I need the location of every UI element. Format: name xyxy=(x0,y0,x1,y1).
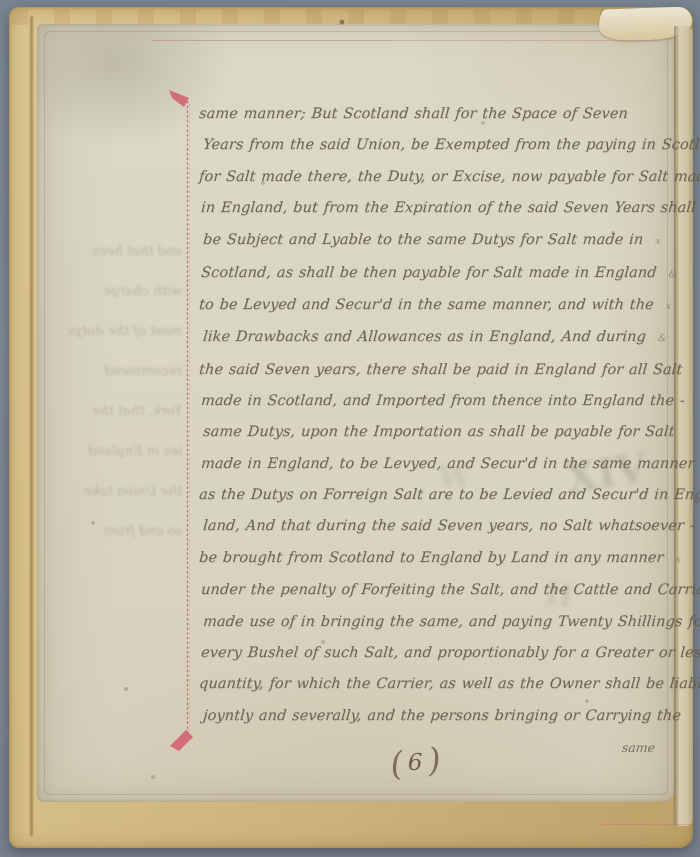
manuscript-line-text: under the penalty of Forfeiting the Salt… xyxy=(200,582,700,598)
manuscript-line-text: be brought from Scotland to England by L… xyxy=(198,550,664,566)
line-end-flourish: & xyxy=(656,323,668,354)
manuscript-line-text: in England, but from the Expiration of t… xyxy=(200,200,696,216)
manuscript-line: joyntly and severally, and the persons b… xyxy=(198,701,683,732)
red-ruled-line-top-segment xyxy=(152,40,392,41)
manuscript-line: like Drawbacks and Allowances as in Engl… xyxy=(198,322,683,354)
manuscript-line-text: be Subject and Lyable to the same Dutys … xyxy=(202,232,644,248)
bleedthrough-block: and that hees with charge most of the du… xyxy=(44,232,182,552)
manuscript-line: Scotland, as shall be then payable for S… xyxy=(198,258,683,290)
manuscript-line: under the penalty of Forfeiting the Salt… xyxy=(198,575,683,606)
paper-specks xyxy=(0,0,2,2)
manuscript-line-text: the said Seven years, there shall be pai… xyxy=(198,362,683,378)
manuscript-line: be Subject and Lyable to the same Dutys … xyxy=(198,225,683,257)
manuscript-line: in England, but from the Expiration of t… xyxy=(198,193,683,225)
catchword: same xyxy=(621,740,656,755)
manuscript-line: every Bushel of such Salt, and proportio… xyxy=(198,638,683,669)
manuscript-line: to be Levyed and Secur'd in the same man… xyxy=(198,290,683,322)
bleedthrough-line: recommend xyxy=(44,352,182,392)
manuscript-line: as the Dutys on Forreign Salt are to be … xyxy=(198,480,683,511)
manuscript-line-text: Years from the said Union, be Exempted f… xyxy=(202,137,700,153)
manuscript-line-text: to be Levyed and Secur'd in the same man… xyxy=(198,297,654,313)
manuscript-line-text: made in England, to be Levyed, and Secur… xyxy=(200,456,695,472)
manuscript-line: Years from the said Union, be Exempted f… xyxy=(198,130,683,161)
book-edge-grain xyxy=(12,9,690,25)
bleedthrough-line: the Union take xyxy=(44,472,182,512)
red-ruled-line-bottom-right xyxy=(601,824,687,825)
manuscript-line: for Salt made there, the Duty, or Excise… xyxy=(198,162,683,193)
manuscript-line-text: same Dutys, upon the Importation as shal… xyxy=(202,424,675,440)
manuscript-line: same Dutys, upon the Importation as shal… xyxy=(198,417,683,448)
manuscript-line: made in Scotland, and Imported from then… xyxy=(198,386,683,417)
line-end-flourish: & xyxy=(667,259,679,290)
line-end-flourish: x xyxy=(664,291,672,322)
manuscript-text: same manner; But Scotland shall for the … xyxy=(199,99,681,732)
manuscript-line: be brought from Scotland to England by L… xyxy=(198,543,683,575)
bleedthrough-line: ies in England xyxy=(44,432,182,472)
manuscript-line: land, And that during the said Seven yea… xyxy=(198,511,683,542)
manuscript-line-text: joyntly and severally, and the persons b… xyxy=(202,708,681,724)
bleedthrough-line: and that hees xyxy=(44,232,182,272)
manuscript-line: made in England, to be Levyed, and Secur… xyxy=(198,449,683,480)
manuscript-line-text: made in Scotland, and Imported from then… xyxy=(200,393,685,409)
manuscript-line-text: quantity, for which the Carrier, as well… xyxy=(198,676,700,692)
manuscript-line: same manner; But Scotland shall for the … xyxy=(198,99,683,130)
page-number-digit: 6 xyxy=(408,750,425,776)
manuscript-line-text: like Drawbacks and Allowances as in Engl… xyxy=(202,329,646,345)
manuscript-line-text: land, And that during the said Seven yea… xyxy=(202,518,695,534)
manuscript-line-text: same manner; But Scotland shall for the … xyxy=(198,106,628,122)
manuscript-line: the said Seven years, there shall be pai… xyxy=(198,355,683,386)
manuscript-line-text: as the Dutys on Forreign Salt are to be … xyxy=(198,487,700,503)
manuscript-line-text: made use of in bringing the same, and pa… xyxy=(202,614,700,630)
bleedthrough-line: with charge xyxy=(44,272,182,312)
book-edge-crease xyxy=(30,16,33,836)
photo-backdrop: and that hees with charge most of the du… xyxy=(0,0,700,857)
bleedthrough-line: York, that the xyxy=(44,392,182,432)
page-number-close-paren: ) xyxy=(425,739,444,779)
bleedthrough-line: most of the dutys xyxy=(44,312,182,352)
page-number: (6) xyxy=(390,742,442,781)
manuscript-line: quantity, for which the Carrier, as well… xyxy=(198,669,683,700)
page-number-open-paren: ( xyxy=(388,743,407,783)
manuscript-line-text: Scotland, as shall be then payable for S… xyxy=(200,265,657,281)
bleedthrough-line: so and from xyxy=(44,512,182,552)
line-end-flourish: x xyxy=(654,226,662,257)
manuscript-line-text: for Salt made there, the Duty, or Excise… xyxy=(198,169,700,185)
manuscript-line: made use of in bringing the same, and pa… xyxy=(198,607,683,638)
manuscript-line-text: every Bushel of such Salt, and proportio… xyxy=(200,645,700,661)
